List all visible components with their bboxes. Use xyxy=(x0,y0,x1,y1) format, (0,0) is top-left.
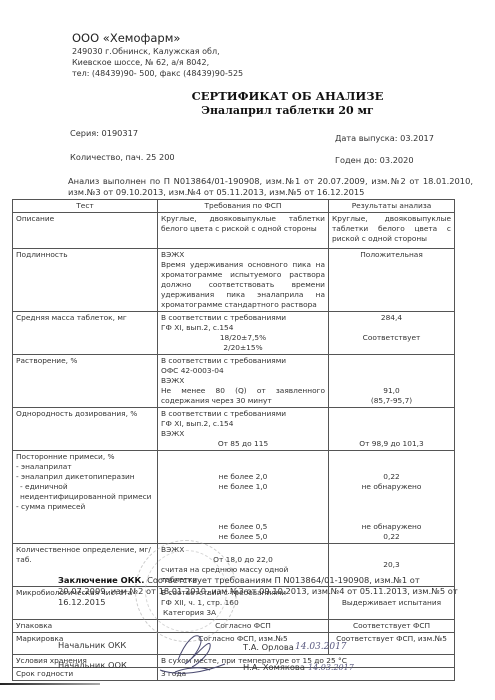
handwritten-date: 14.03.2017 xyxy=(308,663,354,672)
requirement-line: В соответствии с требованиями xyxy=(161,409,325,419)
analysis-basis-text: Анализ выполнен по П N013864/01-190908, … xyxy=(68,176,473,198)
table-row: Средняя масса таблеток, мг В соответстви… xyxy=(13,312,455,355)
result: Соответствует ФСП, изм.№5 xyxy=(329,633,455,655)
impurity-limit: не более 1,0 xyxy=(161,482,325,492)
requirement-range: От 85 до 115 xyxy=(161,439,325,449)
release-date: Дата выпуска: 03.2017 xyxy=(335,133,434,143)
requirement-line: В соответствии с требованиями xyxy=(161,356,325,366)
requirement-cell: ВЭЖХ Время удерживания основного пика на… xyxy=(158,249,329,312)
test-name: Средняя масса таблеток, мг xyxy=(13,312,158,355)
requirement: Не менее 80 (Q) от заявленного содержани… xyxy=(161,386,325,406)
expiry-date: Годен до: 03.2020 xyxy=(335,155,414,165)
result-note: Соответствует xyxy=(332,333,451,343)
product-name: Эналаприл таблетки 20 мг xyxy=(40,104,495,117)
table-header-row: Тест Требования по ФСП Результаты анализ… xyxy=(13,200,455,213)
signatory-name: Т.А. Орлова xyxy=(243,642,294,652)
result-cell: 0,22 не обнаружено не обнаружено 0,22 xyxy=(329,451,455,544)
requirement-cell: не более 2,0 не более 1,0 не более 0,5 н… xyxy=(158,451,329,544)
impurity-limit: не более 0,5 xyxy=(161,522,325,532)
requirement-cell: В соответствии с требованиями ГФ XI, вып… xyxy=(158,312,329,355)
test-name: Растворение, % xyxy=(13,355,158,408)
impurity-limit: не более 2,0 xyxy=(161,472,325,482)
test-name: Упаковка xyxy=(13,620,158,633)
result: Положительная xyxy=(329,249,455,312)
tolerance: 2/20±15% xyxy=(161,343,325,353)
requirement-cell: В соответствии с требованиями ГФ XI, вып… xyxy=(158,408,329,451)
impurity-name: - сумма примесей xyxy=(16,502,154,512)
requirement: Время удерживания основного пика на хром… xyxy=(161,260,325,310)
address-line: 249030 г.Обнинск, Калужская обл, xyxy=(72,46,220,57)
column-header-results: Результаты анализа xyxy=(329,200,455,213)
impurity-result: не обнаружено xyxy=(332,522,451,532)
contact-line: тел: (48439)90- 500, факс (48439)90-525 xyxy=(72,68,243,79)
table-row: Подлинность ВЭЖХ Время удерживания основ… xyxy=(13,249,455,312)
signatory-role: Начальник ООК xyxy=(58,660,127,670)
signatory-name: Н.А. Хомякова xyxy=(243,662,305,672)
quantity: Количество, пач. 25 200 xyxy=(70,152,175,162)
series-number: Серия: 0190317 xyxy=(70,128,138,138)
impurity-name: - единичной неидентифицированной примеси xyxy=(16,482,154,502)
impurity-name: - эналаприл дикетопиперазин xyxy=(16,472,154,482)
table-row: Растворение, % В соответствии с требован… xyxy=(13,355,455,408)
result: Соответствует ФСП xyxy=(329,620,455,633)
table-row: Однородность дозирования, % В соответств… xyxy=(13,408,455,451)
result-cell: 91,0 (85,7-95,7) xyxy=(329,355,455,408)
scan-artifact xyxy=(0,683,100,685)
test-name: Подлинность xyxy=(13,249,158,312)
column-header-test: Тест xyxy=(13,200,158,213)
table-row: Описание Круглые, двояковыпуклые таблетк… xyxy=(13,213,455,249)
column-header-requirements: Требования по ФСП xyxy=(158,200,329,213)
result: От 98,9 до 101,3 xyxy=(329,408,455,451)
test-name-cell: Посторонние примеси, % - эналаприлат - э… xyxy=(13,451,158,544)
conclusion: Заключение ОКК. Соответствует требования… xyxy=(58,575,468,608)
result-value: 91,0 xyxy=(332,386,451,396)
impurity-result: 0,22 xyxy=(332,532,451,542)
company-name: ООО «Хемофарм» xyxy=(72,31,180,45)
address-line: Киевское шоссе, № 62, а/я 8042, xyxy=(72,57,209,68)
conclusion-label: Заключение ОКК. xyxy=(58,575,144,585)
test-name: Посторонние примеси, % xyxy=(16,452,154,462)
requirement: Круглые, двояковыпуклые таблетки белого … xyxy=(158,213,329,249)
test-name: Однородность дозирования, % xyxy=(13,408,158,451)
result-cell: 284,4 Соответствует xyxy=(329,312,455,355)
requirement-line: ГФ XI, вып.2, с.154 xyxy=(161,323,325,333)
result-range: (85,7-95,7) xyxy=(332,396,451,406)
result-value: 284,4 xyxy=(332,313,451,323)
method: ВЭЖХ xyxy=(161,376,325,386)
table-row: Посторонние примеси, % - эналаприлат - э… xyxy=(13,451,455,544)
signature-icon xyxy=(150,622,240,682)
tolerance: 18/20±7,5% xyxy=(161,333,325,343)
impurity-name: - эналаприлат xyxy=(16,462,154,472)
requirement-cell: В соответствии с требованиями ОФС 42-000… xyxy=(158,355,329,408)
impurity-result: 0,22 xyxy=(332,472,451,482)
method: ВЭЖХ xyxy=(161,429,325,439)
signatory-role: Начальник ОКК xyxy=(58,640,126,650)
requirement-line: В соответствии с требованиями xyxy=(161,313,325,323)
impurity-result: не обнаружено xyxy=(332,482,451,492)
result: Круглые, двояковыпуклые таблетки белого … xyxy=(329,213,455,249)
document-title: СЕРТИФИКАТ ОБ АНАЛИЗЕ xyxy=(40,89,495,103)
test-name: Описание xyxy=(13,213,158,249)
method: ВЭЖХ xyxy=(161,250,325,260)
requirement-line: ОФС 42-0003-04 xyxy=(161,366,325,376)
requirement-line: ГФ XI, вып.2, с.154 xyxy=(161,419,325,429)
handwritten-date: 14.03.2017 xyxy=(295,642,347,652)
